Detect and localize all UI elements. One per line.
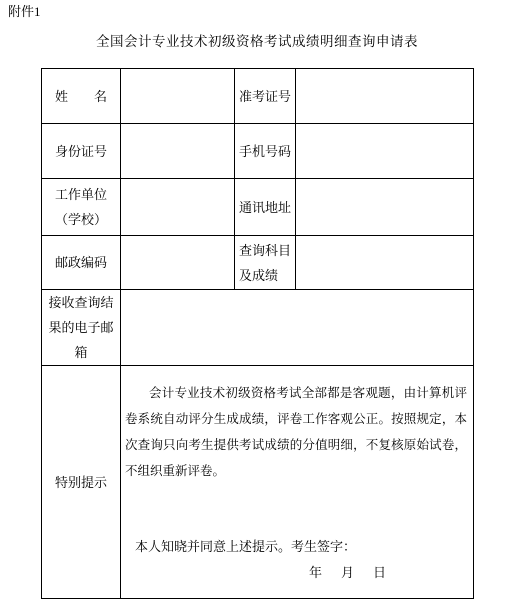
date-line: 年 月 日 (125, 560, 467, 586)
table-row-postcode: 邮政编码 查询科目 及成绩 (42, 236, 474, 290)
agreement-signature-line: 本人知晓并同意上述提示。考生签字： (125, 534, 467, 560)
admission-ticket-label: 准考证号 (235, 69, 296, 124)
work-unit-field (121, 179, 235, 236)
table-row-notice: 特别提示 会计专业技术初级资格考试全部都是客观题，由计算机评卷系统自动评分生成成… (42, 366, 474, 599)
admission-ticket-field (296, 69, 474, 124)
mailing-address-label: 通讯地址 (235, 179, 296, 236)
notice-paragraph: 会计专业技术初级资格考试全部都是客观题，由计算机评卷系统自动评分生成成绩，评卷工… (125, 380, 467, 484)
mobile-label: 手机号码 (235, 124, 296, 179)
id-number-label: 身份证号 (42, 124, 121, 179)
special-notice-label: 特别提示 (42, 366, 121, 599)
id-number-field (121, 124, 235, 179)
postal-code-label: 邮政编码 (42, 236, 121, 290)
table-row-id: 身份证号 手机号码 (42, 124, 474, 179)
table-row-workunit: 工作单位 （学校） 通讯地址 (42, 179, 474, 236)
page-title: 全国会计专业技术初级资格考试成绩明细查询申请表 (41, 33, 473, 51)
result-email-label: 接收查询结 果的电子邮 箱 (42, 290, 121, 366)
table-row-email: 接收查询结 果的电子邮 箱 (42, 290, 474, 366)
attachment-label: 附件1 (8, 4, 41, 20)
name-field (121, 69, 235, 124)
mobile-field (296, 124, 474, 179)
notice-spacer (125, 484, 467, 534)
table-row-name: 姓 名 准考证号 (42, 69, 474, 124)
query-subject-score-label: 查询科目 及成绩 (235, 236, 296, 290)
special-notice-content: 会计专业技术初级资格考试全部都是客观题，由计算机评卷系统自动评分生成成绩，评卷工… (121, 366, 474, 599)
mailing-address-field (296, 179, 474, 236)
result-email-field (121, 290, 474, 366)
work-unit-label: 工作单位 （学校） (42, 179, 121, 236)
name-label: 姓 名 (42, 69, 121, 124)
query-subject-score-field (296, 236, 474, 290)
application-form-table: 姓 名 准考证号 身份证号 手机号码 工作单位 （学校） 通讯地址 邮政编码 查… (41, 68, 474, 599)
postal-code-field (121, 236, 235, 290)
